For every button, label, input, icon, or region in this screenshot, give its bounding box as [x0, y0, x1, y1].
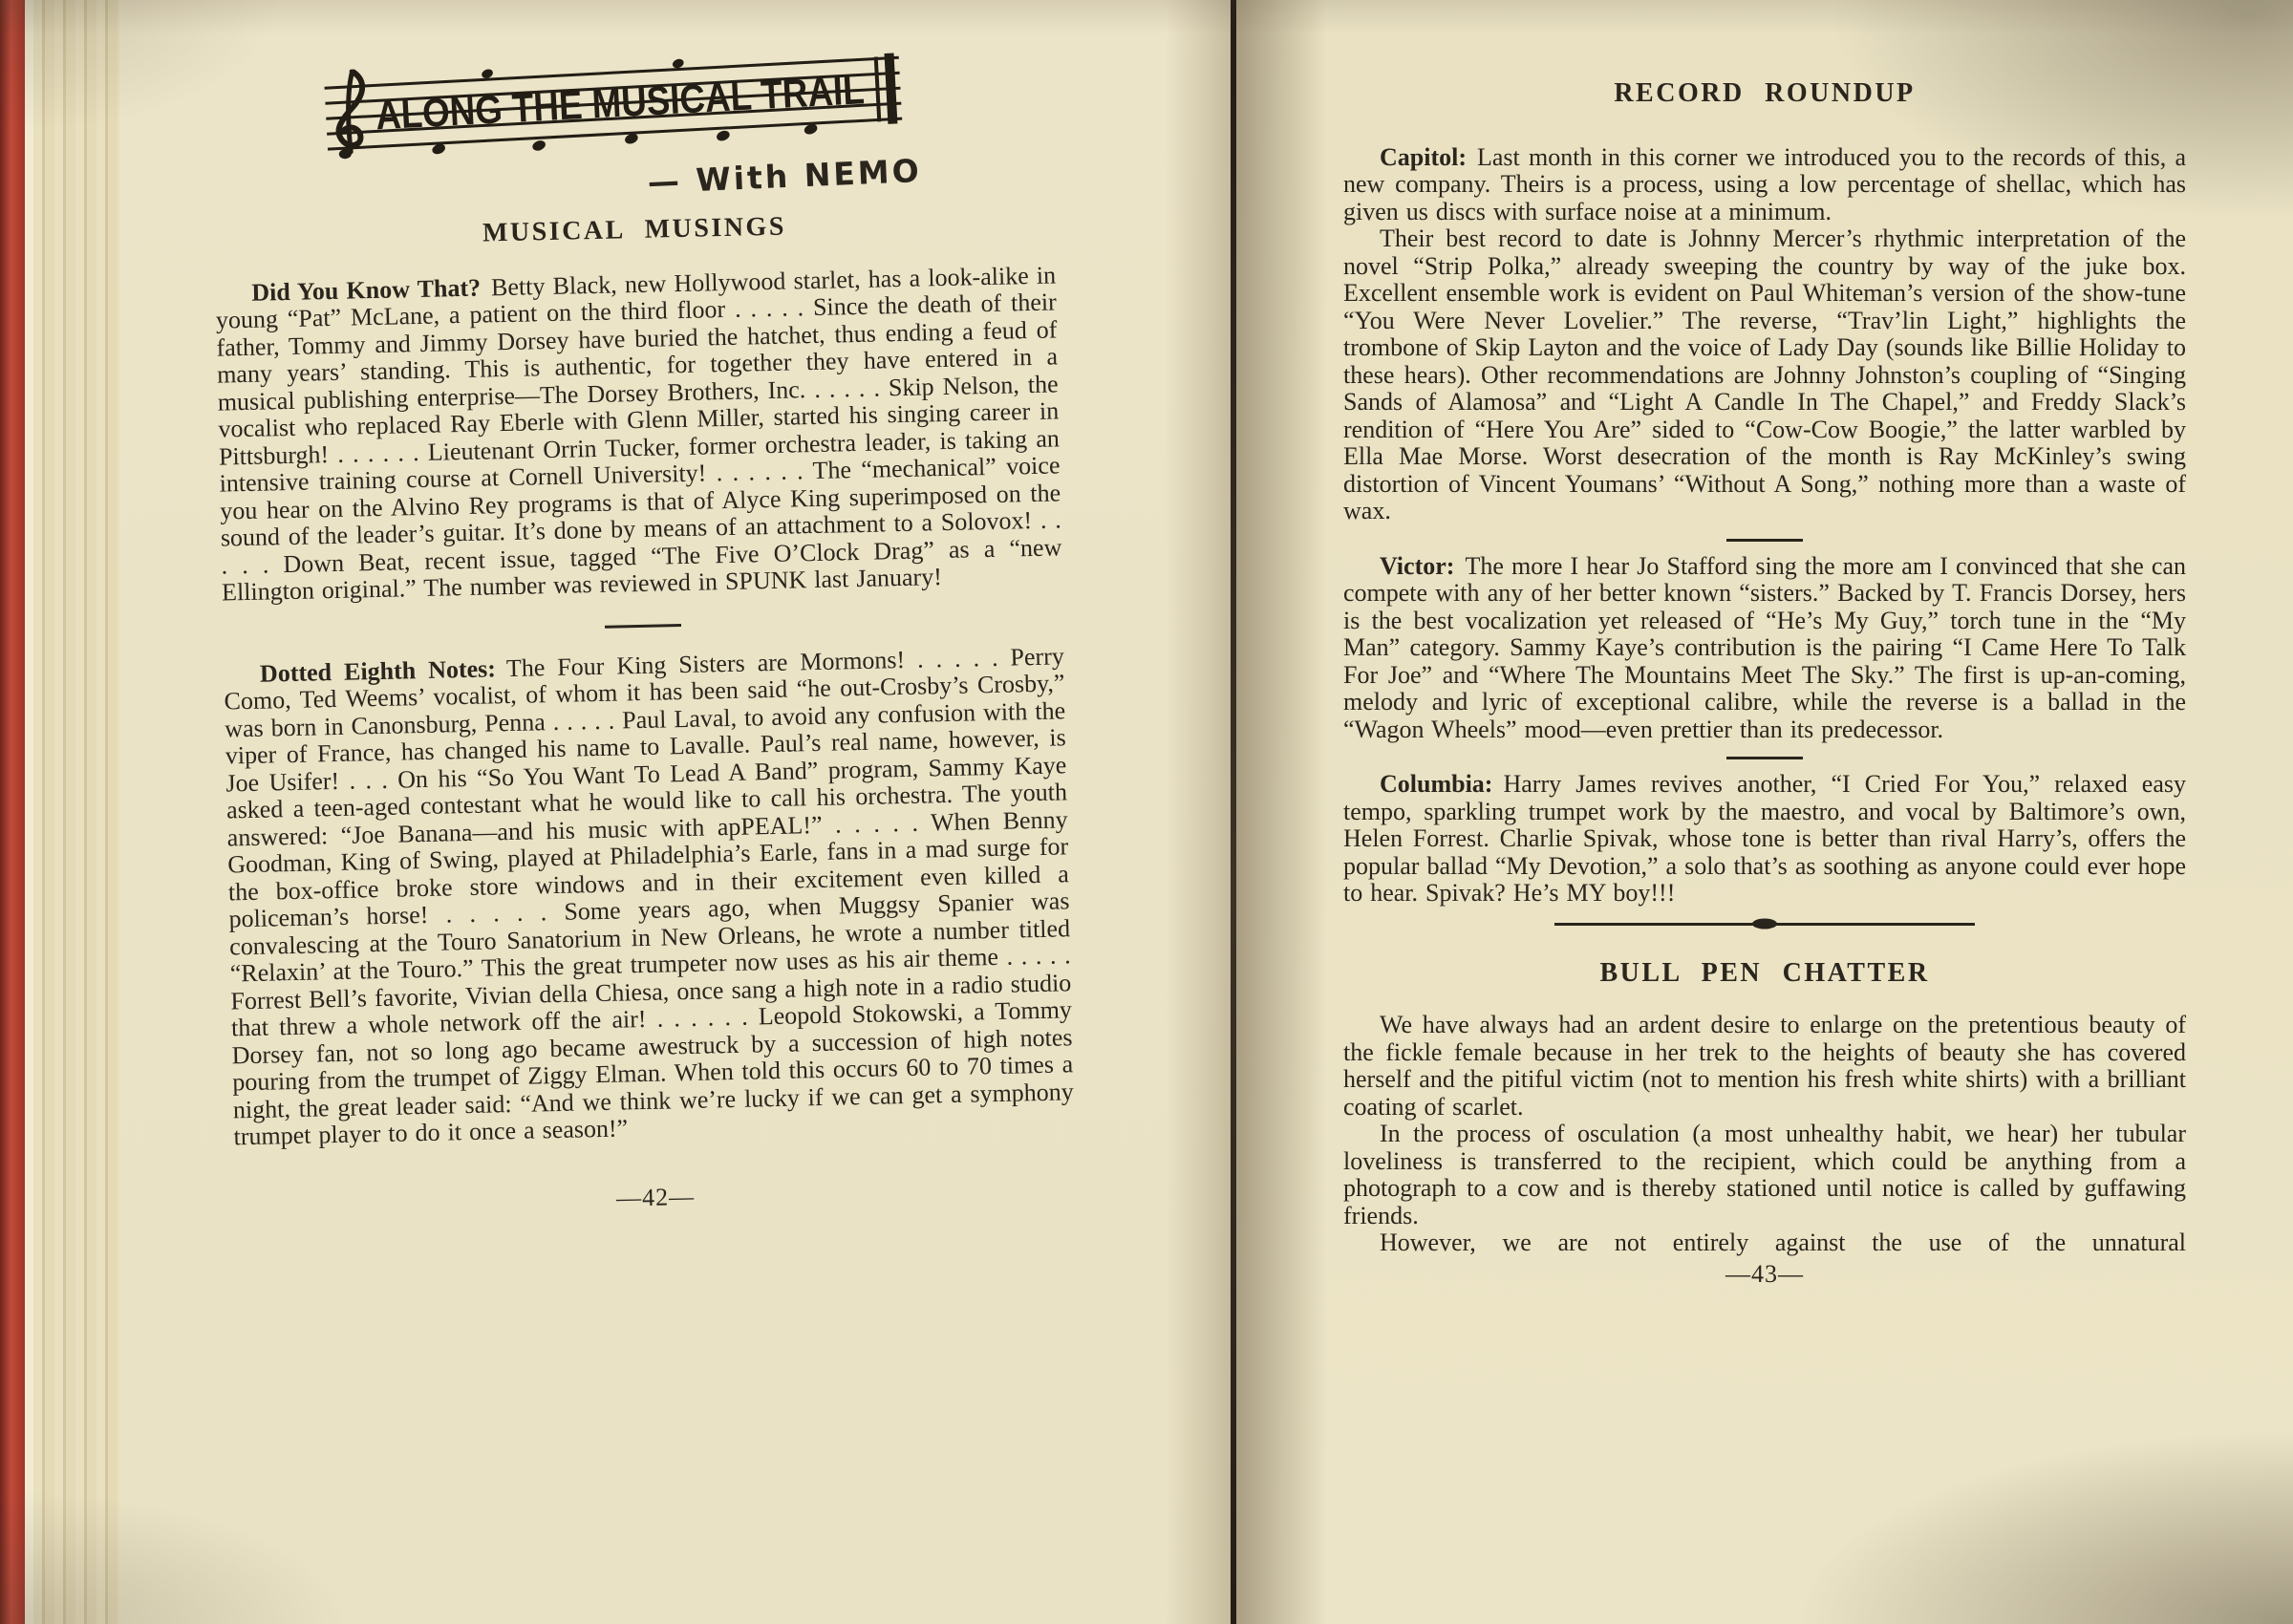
record-roundup-heading: RECORD ROUNDUP	[1343, 80, 2186, 108]
victor-label: Victor:	[1380, 552, 1465, 580]
columbia-paragraph: Columbia:Harry James revives another, “I…	[1343, 771, 2186, 908]
bull-pen-paragraph-3: However, we are not entirely against the…	[1343, 1229, 2186, 1257]
left-gutter-shadow	[1166, 0, 1232, 1624]
section-divider	[1726, 539, 1803, 542]
left-page-content: ALONG THE MUSICAL TRAIL — With NEMO MUSI…	[209, 0, 1076, 1220]
staff-title: ALONG THE MUSICAL TRAIL	[375, 67, 866, 138]
musical-musings-heading: MUSICAL MUSINGS	[214, 207, 1055, 253]
paragraph-text: However, we are not entirely against the…	[1380, 1229, 2186, 1256]
book-spread: ALONG THE MUSICAL TRAIL — With NEMO MUSI…	[0, 0, 2293, 1624]
paragraph-text: We have always had an ardent desire to e…	[1343, 1011, 2186, 1121]
paragraph-text: The Four King Sisters are Mormons! . . .…	[224, 642, 1074, 1151]
section-divider	[605, 624, 681, 629]
page-edge-stack	[33, 0, 119, 1624]
right-page: RECORD ROUNDUP Capitol:Last month in thi…	[1236, 0, 2293, 1624]
music-staff-graphic: ALONG THE MUSICAL TRAIL	[291, 39, 919, 172]
bull-pen-chatter-heading: BULL PEN CHATTER	[1343, 960, 2186, 988]
victor-paragraph: Victor:The more I hear Jo Stafford sing …	[1343, 553, 2186, 744]
dotted-eighth-notes-paragraph: Dotted Eighth Notes:The Four King Sister…	[224, 643, 1075, 1151]
book-spine-edge	[0, 0, 25, 1624]
page-number-left: —42—	[235, 1175, 1076, 1221]
paragraph-text: In the process of osculation (a most unh…	[1343, 1120, 2186, 1229]
byline: — With NEMO	[647, 152, 1054, 197]
capitol-paragraph: Capitol:Last month in this corner we int…	[1343, 144, 2186, 226]
paragraph-text: Betty Black, new Hollywood starlet, has …	[216, 261, 1062, 607]
right-page-content: RECORD ROUNDUP Capitol:Last month in thi…	[1343, 0, 2186, 1288]
did-you-know-paragraph: Did You Know That?Betty Black, new Holly…	[215, 262, 1062, 607]
book-spine-highlight	[25, 0, 33, 1624]
columbia-label: Columbia:	[1380, 770, 1503, 798]
left-page: ALONG THE MUSICAL TRAIL — With NEMO MUSI…	[119, 0, 1232, 1624]
right-gutter-shadow	[1236, 0, 1327, 1624]
capitol-label: Capitol:	[1380, 143, 1477, 171]
bull-pen-paragraph-2: In the process of osculation (a most unh…	[1343, 1121, 2186, 1229]
page-number-right: —43—	[1343, 1261, 2186, 1289]
bull-pen-paragraph-1: We have always had an ardent desire to e…	[1343, 1012, 2186, 1121]
paragraph-text: Their best record to date is Johnny Merc…	[1343, 224, 2186, 524]
paragraph-text: The more I hear Jo Stafford sing the mor…	[1343, 552, 2186, 743]
treble-clef-icon	[334, 71, 366, 159]
section-divider	[1726, 757, 1803, 759]
capitol-paragraph-2: Their best record to date is Johnny Merc…	[1343, 225, 2186, 525]
ornament-divider	[1554, 923, 1975, 926]
